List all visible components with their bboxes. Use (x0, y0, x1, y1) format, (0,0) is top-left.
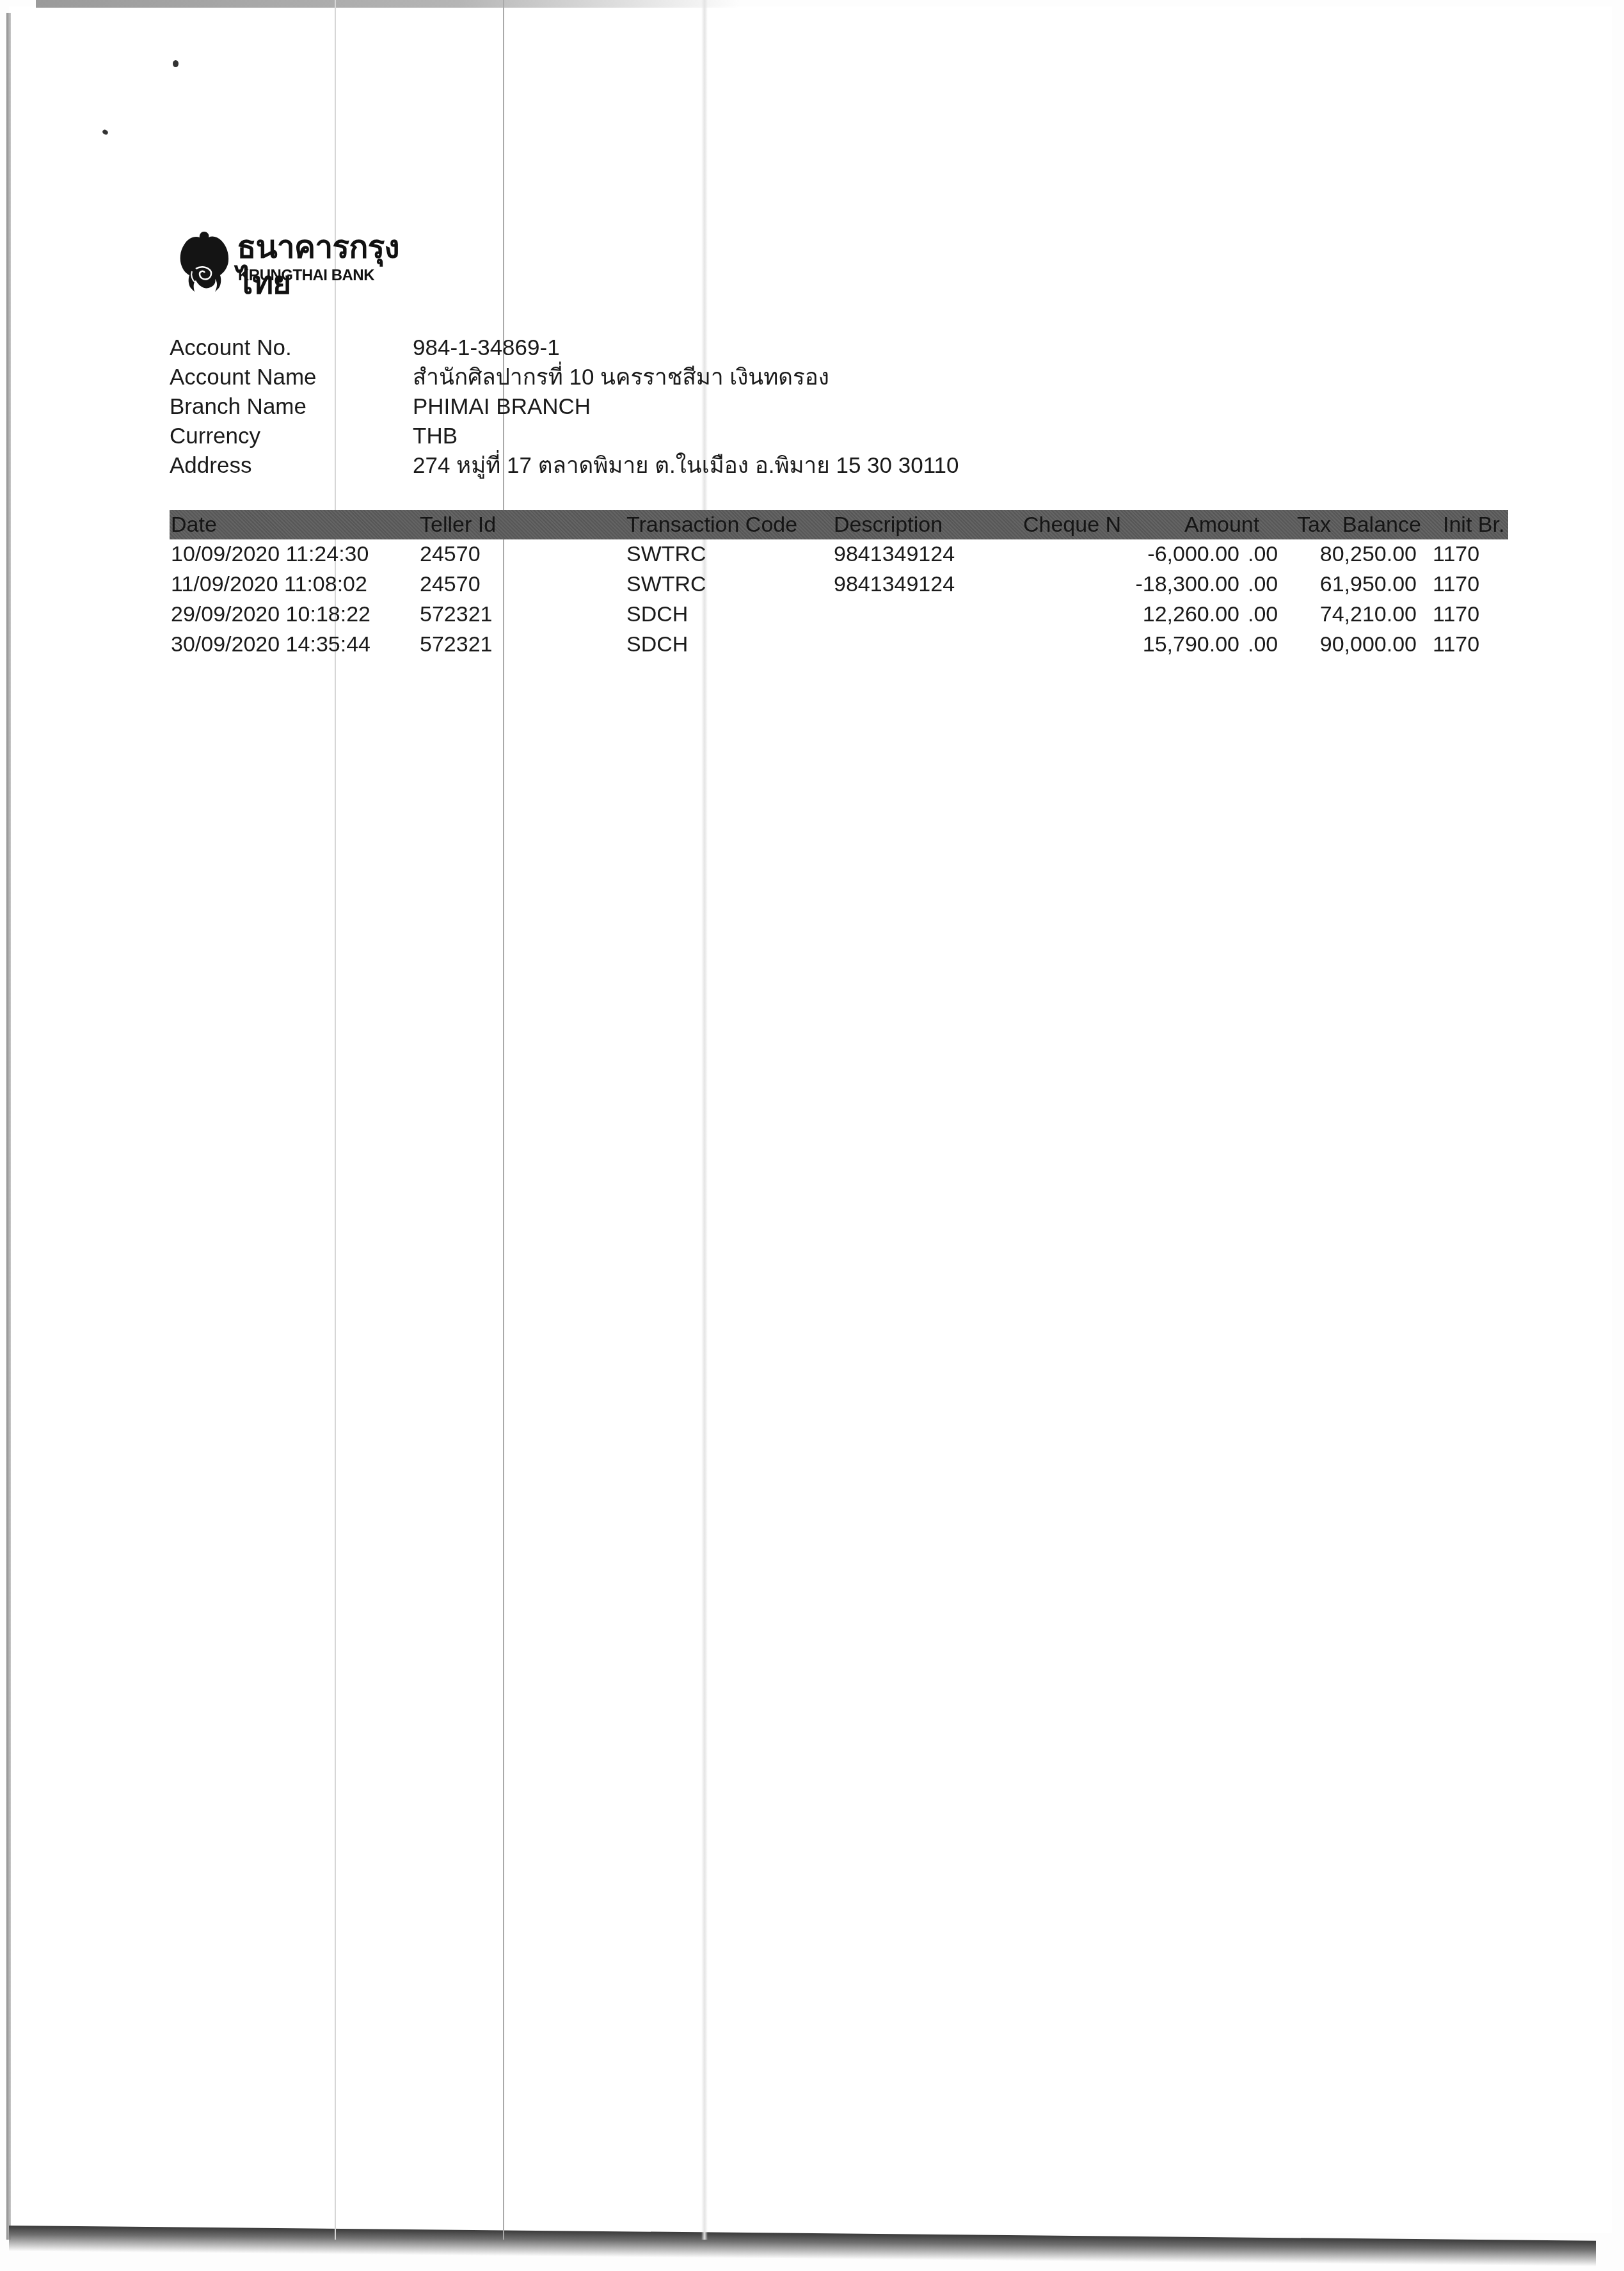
header-description: Description (834, 510, 943, 539)
table-row: 30/09/2020 14:35:44 572321 SDCH 15,790.0… (170, 630, 1508, 660)
currency-value: THB (413, 422, 458, 450)
cell-init-branch: 1170 (1433, 570, 1479, 600)
cell-amount: 15,790.00 (1143, 630, 1239, 660)
cell-init-branch: 1170 (1433, 539, 1479, 570)
header-teller-id: Teller Id (420, 510, 496, 539)
cell-amount: -18,300.00 (1135, 570, 1239, 600)
table-row: 10/09/2020 11:24:30 24570 SWTRC 98413491… (170, 539, 1508, 570)
header-amount: Amount (1184, 510, 1259, 539)
bank-name-thai: ธนาคารกรุงไทย (237, 229, 421, 301)
address-value: 274 หมู่ที่ 17 ตลาดพิมาย ต.ในเมือง อ.พิม… (413, 452, 959, 480)
cell-balance: 80,250.00 (1320, 539, 1417, 570)
cell-init-branch: 1170 (1433, 630, 1479, 660)
cell-description: 9841349124 (834, 570, 955, 600)
table-row: 11/09/2020 11:08:02 24570 SWTRC 98413491… (170, 570, 1508, 600)
cell-teller-id: 572321 (420, 600, 492, 630)
currency-label: Currency (170, 422, 260, 450)
cell-date: 10/09/2020 11:24:30 (171, 539, 369, 570)
cell-balance: 74,210.00 (1320, 600, 1417, 630)
account-number-value: 984-1-34869-1 (413, 334, 560, 362)
cell-transaction-code: SDCH (626, 630, 688, 660)
transactions-table: Date Teller Id Transaction Code Descript… (170, 510, 1508, 660)
account-number-label: Account No. (170, 334, 292, 362)
table-row: 29/09/2020 10:18:22 572321 SDCH 12,260.0… (170, 600, 1508, 630)
header-date: Date (171, 510, 217, 539)
header-balance: Balance (1342, 510, 1421, 539)
cell-amount: 12,260.00 (1143, 600, 1239, 630)
bank-name-english: KRUNGTHAI BANK (238, 267, 374, 284)
garuda-emblem-icon (178, 229, 230, 294)
scanner-streak (701, 0, 708, 2240)
scanner-streak (335, 0, 336, 2240)
address-label: Address (170, 452, 251, 480)
cell-tax: .00 (1248, 539, 1278, 570)
cell-tax: .00 (1248, 570, 1278, 600)
cell-date: 11/09/2020 11:08:02 (171, 570, 367, 600)
header-init-branch: Init Br. (1443, 510, 1504, 539)
cell-teller-id: 572321 (420, 630, 492, 660)
cell-transaction-code: SWTRC (626, 539, 706, 570)
cell-teller-id: 24570 (420, 539, 481, 570)
cell-amount: -6,000.00 (1147, 539, 1239, 570)
cell-description: 9841349124 (834, 539, 955, 570)
cell-balance: 61,950.00 (1320, 570, 1417, 600)
cell-transaction-code: SWTRC (626, 570, 706, 600)
cell-init-branch: 1170 (1433, 600, 1479, 630)
account-name-value: สำนักศิลปากรที่ 10 นครราชสีมา เงินทดรอง (413, 363, 829, 392)
cell-balance: 90,000.00 (1320, 630, 1417, 660)
header-transaction-code: Transaction Code (626, 510, 797, 539)
page-left-edge (6, 13, 11, 2240)
cell-date: 29/09/2020 10:18:22 (171, 600, 370, 630)
account-name-label: Account Name (170, 363, 317, 392)
cell-tax: .00 (1248, 600, 1278, 630)
bank-logo: ธนาคารกรุงไทย KRUNGTHAI BANK (178, 229, 421, 299)
cell-transaction-code: SDCH (626, 600, 688, 630)
cell-teller-id: 24570 (420, 570, 481, 600)
cell-tax: .00 (1248, 630, 1278, 660)
header-cheque-number: Cheque N (1023, 510, 1121, 539)
page-top-edge (36, 0, 740, 8)
scan-speck (173, 60, 179, 67)
table-header: Date Teller Id Transaction Code Descript… (170, 510, 1508, 539)
header-tax: Tax (1297, 510, 1331, 539)
cell-date: 30/09/2020 14:35:44 (171, 630, 370, 660)
branch-name-label: Branch Name (170, 393, 306, 421)
branch-name-value: PHIMAI BRANCH (413, 393, 591, 421)
